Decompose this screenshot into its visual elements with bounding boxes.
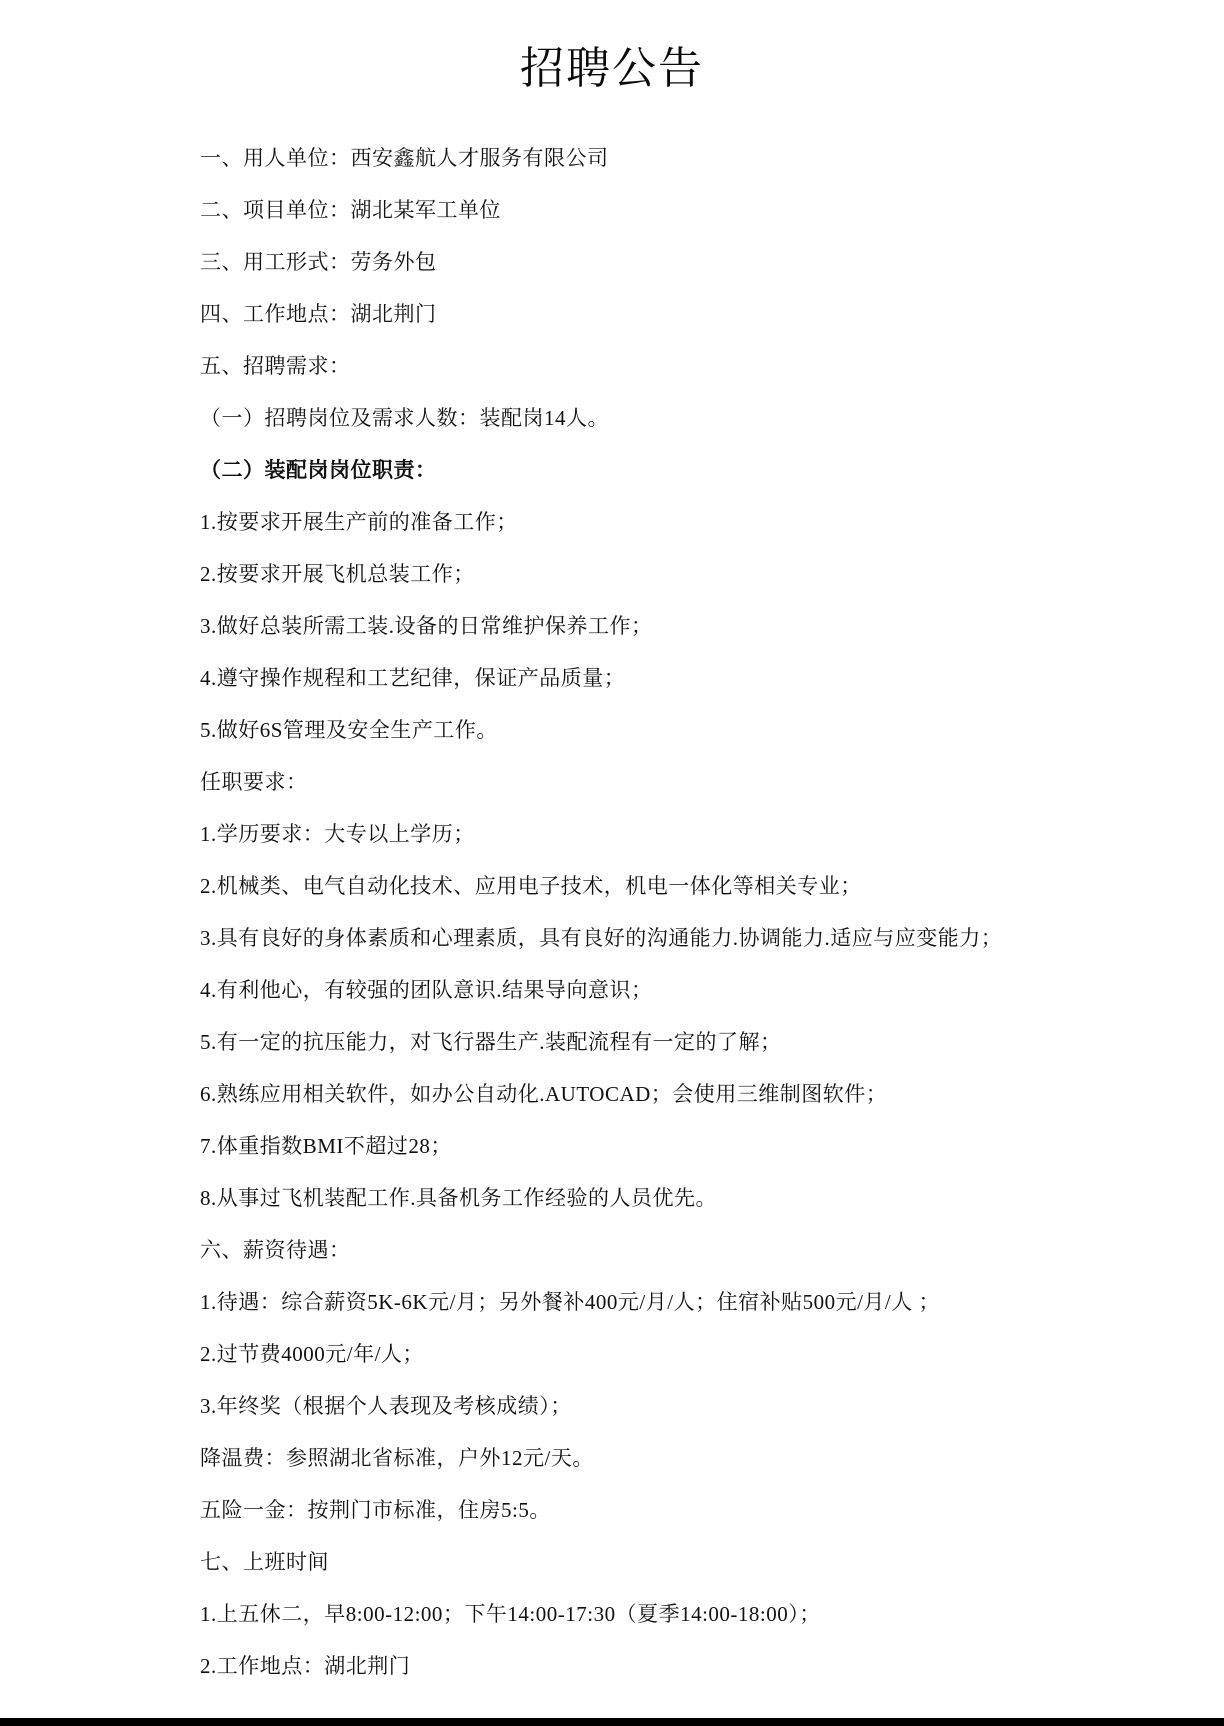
paragraph-duty-1: 1.按要求开展生产前的准备工作； — [200, 496, 1194, 548]
document-title: 招聘公告 — [0, 0, 1224, 98]
paragraph-social-insurance: 五险一金：按荆门市标准，住房5:5。 — [200, 1484, 1194, 1536]
paragraph-duty-5: 5.做好6S管理及安全生产工作。 — [200, 704, 1194, 756]
paragraph-salary-heading: 六、薪资待遇： — [200, 1224, 1194, 1276]
paragraph-qualification-8: 8.从事过飞机装配工作.具备机务工作经验的人员优先。 — [200, 1172, 1194, 1224]
paragraph-qualifications-heading: 任职要求： — [200, 756, 1194, 808]
paragraph-employment-type: 三、用工形式：劳务外包 — [200, 236, 1194, 288]
bottom-border-bar — [0, 1718, 1224, 1726]
paragraph-recruitment-needs-heading: 五、招聘需求： — [200, 340, 1194, 392]
paragraph-work-hours-1: 1.上五休二，早8:00-12:00；下午14:00-17:30（夏季14:00… — [200, 1588, 1194, 1640]
document-page: 招聘公告 一、用人单位：西安鑫航人才服务有限公司 二、项目单位：湖北某军工单位 … — [0, 0, 1224, 1726]
paragraph-employer: 一、用人单位：西安鑫航人才服务有限公司 — [200, 132, 1194, 184]
paragraph-qualification-7: 7.体重指数BMI不超过28； — [200, 1120, 1194, 1172]
paragraph-work-hours-heading: 七、上班时间 — [200, 1536, 1194, 1588]
paragraph-cooling-fee: 降温费：参照湖北省标准，户外12元/天。 — [200, 1432, 1194, 1484]
paragraph-project-unit: 二、项目单位：湖北某军工单位 — [200, 184, 1194, 236]
paragraph-duty-3: 3.做好总装所需工装.设备的日常维护保养工作； — [200, 600, 1194, 652]
paragraph-qualification-3: 3.具有良好的身体素质和心理素质，具有良好的沟通能力.协调能力.适应与应变能力； — [200, 912, 1194, 964]
paragraph-qualification-6: 6.熟练应用相关软件，如办公自动化.AUTOCAD；会使用三维制图软件； — [200, 1068, 1194, 1120]
document-body: 一、用人单位：西安鑫航人才服务有限公司 二、项目单位：湖北某军工单位 三、用工形… — [0, 132, 1224, 1692]
paragraph-salary-3: 3.年终奖（根据个人表现及考核成绩）； — [200, 1380, 1194, 1432]
paragraph-work-hours-2: 2.工作地点：湖北荆门 — [200, 1640, 1194, 1692]
paragraph-position-headcount: （一）招聘岗位及需求人数：装配岗14人。 — [200, 392, 1194, 444]
paragraph-qualification-2: 2.机械类、电气自动化技术、应用电子技术，机电一体化等相关专业； — [200, 860, 1194, 912]
paragraph-qualification-4: 4.有利他心，有较强的团队意识.结果导向意识； — [200, 964, 1194, 1016]
paragraph-duties-heading: （二）装配岗岗位职责： — [200, 444, 1194, 496]
paragraph-duty-2: 2.按要求开展飞机总装工作； — [200, 548, 1194, 600]
paragraph-work-location: 四、工作地点：湖北荆门 — [200, 288, 1194, 340]
paragraph-qualification-5: 5.有一定的抗压能力，对飞行器生产.装配流程有一定的了解； — [200, 1016, 1194, 1068]
paragraph-duty-4: 4.遵守操作规程和工艺纪律，保证产品质量； — [200, 652, 1194, 704]
paragraph-salary-1: 1.待遇：综合薪资5K-6K元/月；另外餐补400元/月/人；住宿补贴500元/… — [200, 1276, 1194, 1328]
paragraph-salary-2: 2.过节费4000元/年/人； — [200, 1328, 1194, 1380]
paragraph-qualification-1: 1.学历要求：大专以上学历； — [200, 808, 1194, 860]
